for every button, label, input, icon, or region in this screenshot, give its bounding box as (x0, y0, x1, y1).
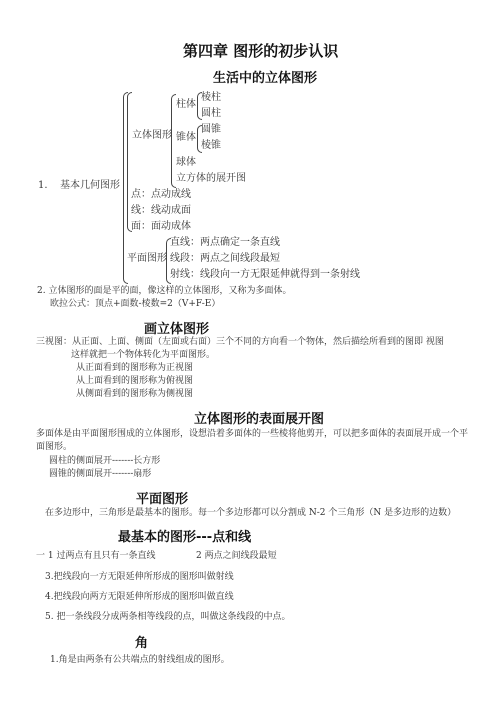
euler-formula: 欧拉公式：顶点+面数-棱数=2（V+F-E） (50, 299, 220, 310)
point-line-item-4: 4.把线段向两方无限延伸所形成的图形叫做直线 (45, 592, 234, 603)
side-view: 从侧面看到的图形称为侧视图 (76, 389, 193, 400)
plane-child-1: 线段：两点之间线段最短 (170, 253, 280, 265)
cube-net-label: 立方体的展开图 (176, 173, 246, 185)
section-heading-point-line: 最基本的图形---点和线 (118, 526, 251, 545)
section-heading-draw-solids: 画立体图形 (144, 318, 209, 337)
point-line-item-3: 3.把线段向一方无限延伸所形成的图形叫做射线 (45, 572, 234, 583)
prism-child-1: 圆柱 (201, 108, 221, 120)
section-heading-solid-shapes: 生活中的立体图形 (213, 67, 317, 86)
sphere-label: 球体 (176, 157, 196, 169)
point-line-item-5: 5. 把一条线段分成两条相等线段的点，叫做这条线段的中点。 (45, 612, 290, 623)
top-view: 从上面看到的图形称为俯视图 (76, 376, 193, 387)
item-number: 1. (38, 180, 48, 192)
solid-shapes-label: 立体图形 (132, 130, 172, 142)
plane-child-0: 直线：两点确定一条直线 (170, 237, 280, 249)
front-view: 从正面看到的图形称为正视图 (76, 363, 193, 374)
net-text-cont: 面图形。 (36, 442, 72, 453)
point-line-item-1: 一 1 过两点有且只有一条直线 (36, 551, 155, 562)
cylinder-net: 圆柱的侧面展开-------长方形 (49, 456, 160, 467)
cone-child-0: 圆锥 (201, 124, 221, 136)
cone-child-1: 棱锥 (201, 140, 221, 152)
cone-label: 锥体 (176, 132, 196, 144)
three-views-text-cont: 这样就把一个物体转化为平面图形。 (71, 350, 215, 361)
surface-solid: 面：面动成体 (131, 221, 191, 233)
line-surface: 线：线动成面 (131, 205, 191, 217)
section-heading-plane-shapes: 平面图形 (136, 488, 188, 507)
polyhedron-note: 2. 立体图形的面是平的面，像这样的立体图形，又称为多面体。 (37, 286, 291, 297)
polygon-text: 在多边形中，三角形是最基本的图形。每一个多边形都可以分割成 N-2 个三角形（N… (45, 508, 456, 519)
point-line: 点：点动成线 (131, 189, 191, 201)
plane-shapes-label: 平面图形 (127, 253, 167, 265)
section-heading-angle: 角 (135, 632, 148, 651)
net-text: 多面体是由平面图形围成的立体图形，设想沿着多面体的一些棱将他剪开，可以把多面体的… (36, 429, 468, 440)
point-line-item-2: 2 两点之间线段最短 (196, 551, 277, 562)
page-title: 第四章 图形的初步认识 (183, 40, 338, 61)
cone-net: 圆锥的侧面展开-------扇形 (49, 469, 151, 480)
angle-definition: 1.角是由两条有公共端点的射线组成的图形。 (50, 655, 230, 666)
three-views-text: 三视图：从正面、上面、侧面（左面或右面）三个不同的方向看一个物体，然后描绘所看到… (36, 337, 444, 348)
prism-label: 柱体 (176, 99, 196, 111)
plane-child-2: 射线：线段向一方无限延伸就得到一条射线 (170, 269, 360, 281)
tree-root: 基本几何图形 (60, 180, 120, 192)
section-heading-surface-net: 立体图形的表面展开图 (194, 408, 324, 427)
prism-child-0: 棱柱 (201, 92, 221, 104)
